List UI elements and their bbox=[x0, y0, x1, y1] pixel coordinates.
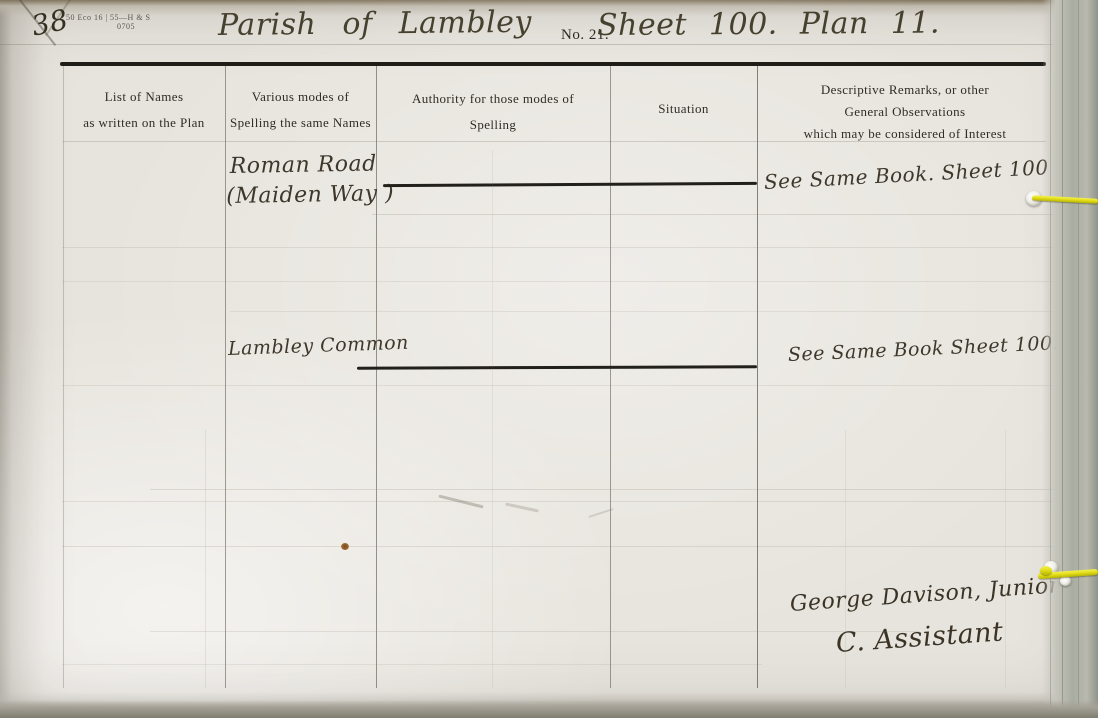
table-top-rule bbox=[60, 62, 1046, 66]
foxing-stain bbox=[341, 543, 349, 550]
printer-imprint-line2: 0705 bbox=[66, 22, 186, 31]
page-bottom-edge bbox=[0, 700, 1098, 718]
faint-guide-line bbox=[150, 631, 920, 632]
folio-number: 38 bbox=[29, 3, 72, 43]
column-separator-3 bbox=[610, 66, 611, 688]
faint-guide-line bbox=[62, 385, 1058, 386]
entry-spelling-line1: Lambley Common bbox=[228, 332, 410, 360]
signature-name: George Davison, Junior bbox=[789, 573, 1060, 617]
faint-guide-line bbox=[62, 546, 1062, 547]
printer-imprint-line1: 50 Eco 16 | 55—H & S bbox=[66, 13, 186, 22]
blank-entry-stroke bbox=[383, 182, 757, 187]
binding-crease bbox=[1050, 0, 1051, 718]
faint-guide-line-vertical bbox=[492, 150, 493, 688]
pencil-smudge bbox=[505, 502, 539, 512]
blank-entry-stroke bbox=[357, 365, 757, 369]
entry-row: Lambley Common bbox=[228, 332, 410, 360]
column-header-line: which may be considered of Interest bbox=[757, 123, 1053, 145]
column-header-line: General Observations bbox=[757, 101, 1053, 123]
column-header-line: Spelling bbox=[376, 112, 610, 138]
faint-guide-line-vertical bbox=[1005, 430, 1006, 688]
header-rule-faint bbox=[0, 44, 1060, 45]
column-header-line: Descriptive Remarks, or other bbox=[757, 79, 1053, 101]
column-header-line: Various modes of bbox=[225, 84, 376, 110]
faint-guide-line bbox=[230, 311, 1058, 312]
signature-title: C. Assistant bbox=[835, 616, 1005, 659]
column-separator-4 bbox=[757, 66, 758, 688]
table-left-border bbox=[63, 66, 64, 688]
faint-guide-line bbox=[372, 214, 1060, 215]
column-header-line: Situation bbox=[610, 96, 757, 122]
column-header-line: Authority for those modes of bbox=[376, 86, 610, 112]
column-header-spelling-modes: Various modes of Spelling the same Names bbox=[225, 84, 376, 136]
faint-guide-line-vertical bbox=[845, 430, 846, 688]
sheet-plan-title: Sheet 100. Plan 11. bbox=[597, 6, 940, 43]
faint-guide-line bbox=[150, 489, 1058, 490]
printer-imprint: 50 Eco 16 | 55—H & S 0705 bbox=[66, 13, 186, 31]
binding-crease bbox=[1078, 0, 1079, 718]
faint-guide-line-vertical bbox=[205, 430, 206, 688]
entry-spelling-line2: (Maiden Way ) bbox=[226, 179, 394, 212]
faint-guide-line bbox=[62, 501, 1058, 502]
column-header-authority: Authority for those modes of Spelling bbox=[376, 86, 610, 138]
faint-guide-line bbox=[62, 281, 1058, 282]
parish-title: Parish of Lambley bbox=[218, 5, 532, 43]
scanned-name-book-page: 38 50 Eco 16 | 55—H & S 0705 Parish of L… bbox=[0, 0, 1098, 718]
column-header-line: Spelling the same Names bbox=[225, 110, 376, 136]
binding-thread-knot bbox=[1040, 566, 1052, 575]
column-header-situation: Situation bbox=[610, 96, 757, 122]
column-header-list-of-names: List of Names as written on the Plan bbox=[63, 84, 225, 136]
column-separator-1 bbox=[225, 66, 226, 688]
binding-crease bbox=[1062, 0, 1063, 718]
entry-row: Roman Road (Maiden Way ) bbox=[229, 149, 394, 212]
entry-spelling-line1: Roman Road bbox=[229, 149, 393, 182]
column-header-remarks: Descriptive Remarks, or other General Ob… bbox=[757, 79, 1053, 145]
stitch-hole bbox=[1060, 576, 1071, 586]
faint-guide-line bbox=[62, 247, 1058, 248]
column-header-line: List of Names bbox=[63, 84, 225, 110]
faint-guide-line bbox=[62, 664, 762, 665]
column-header-line: as written on the Plan bbox=[63, 110, 225, 136]
